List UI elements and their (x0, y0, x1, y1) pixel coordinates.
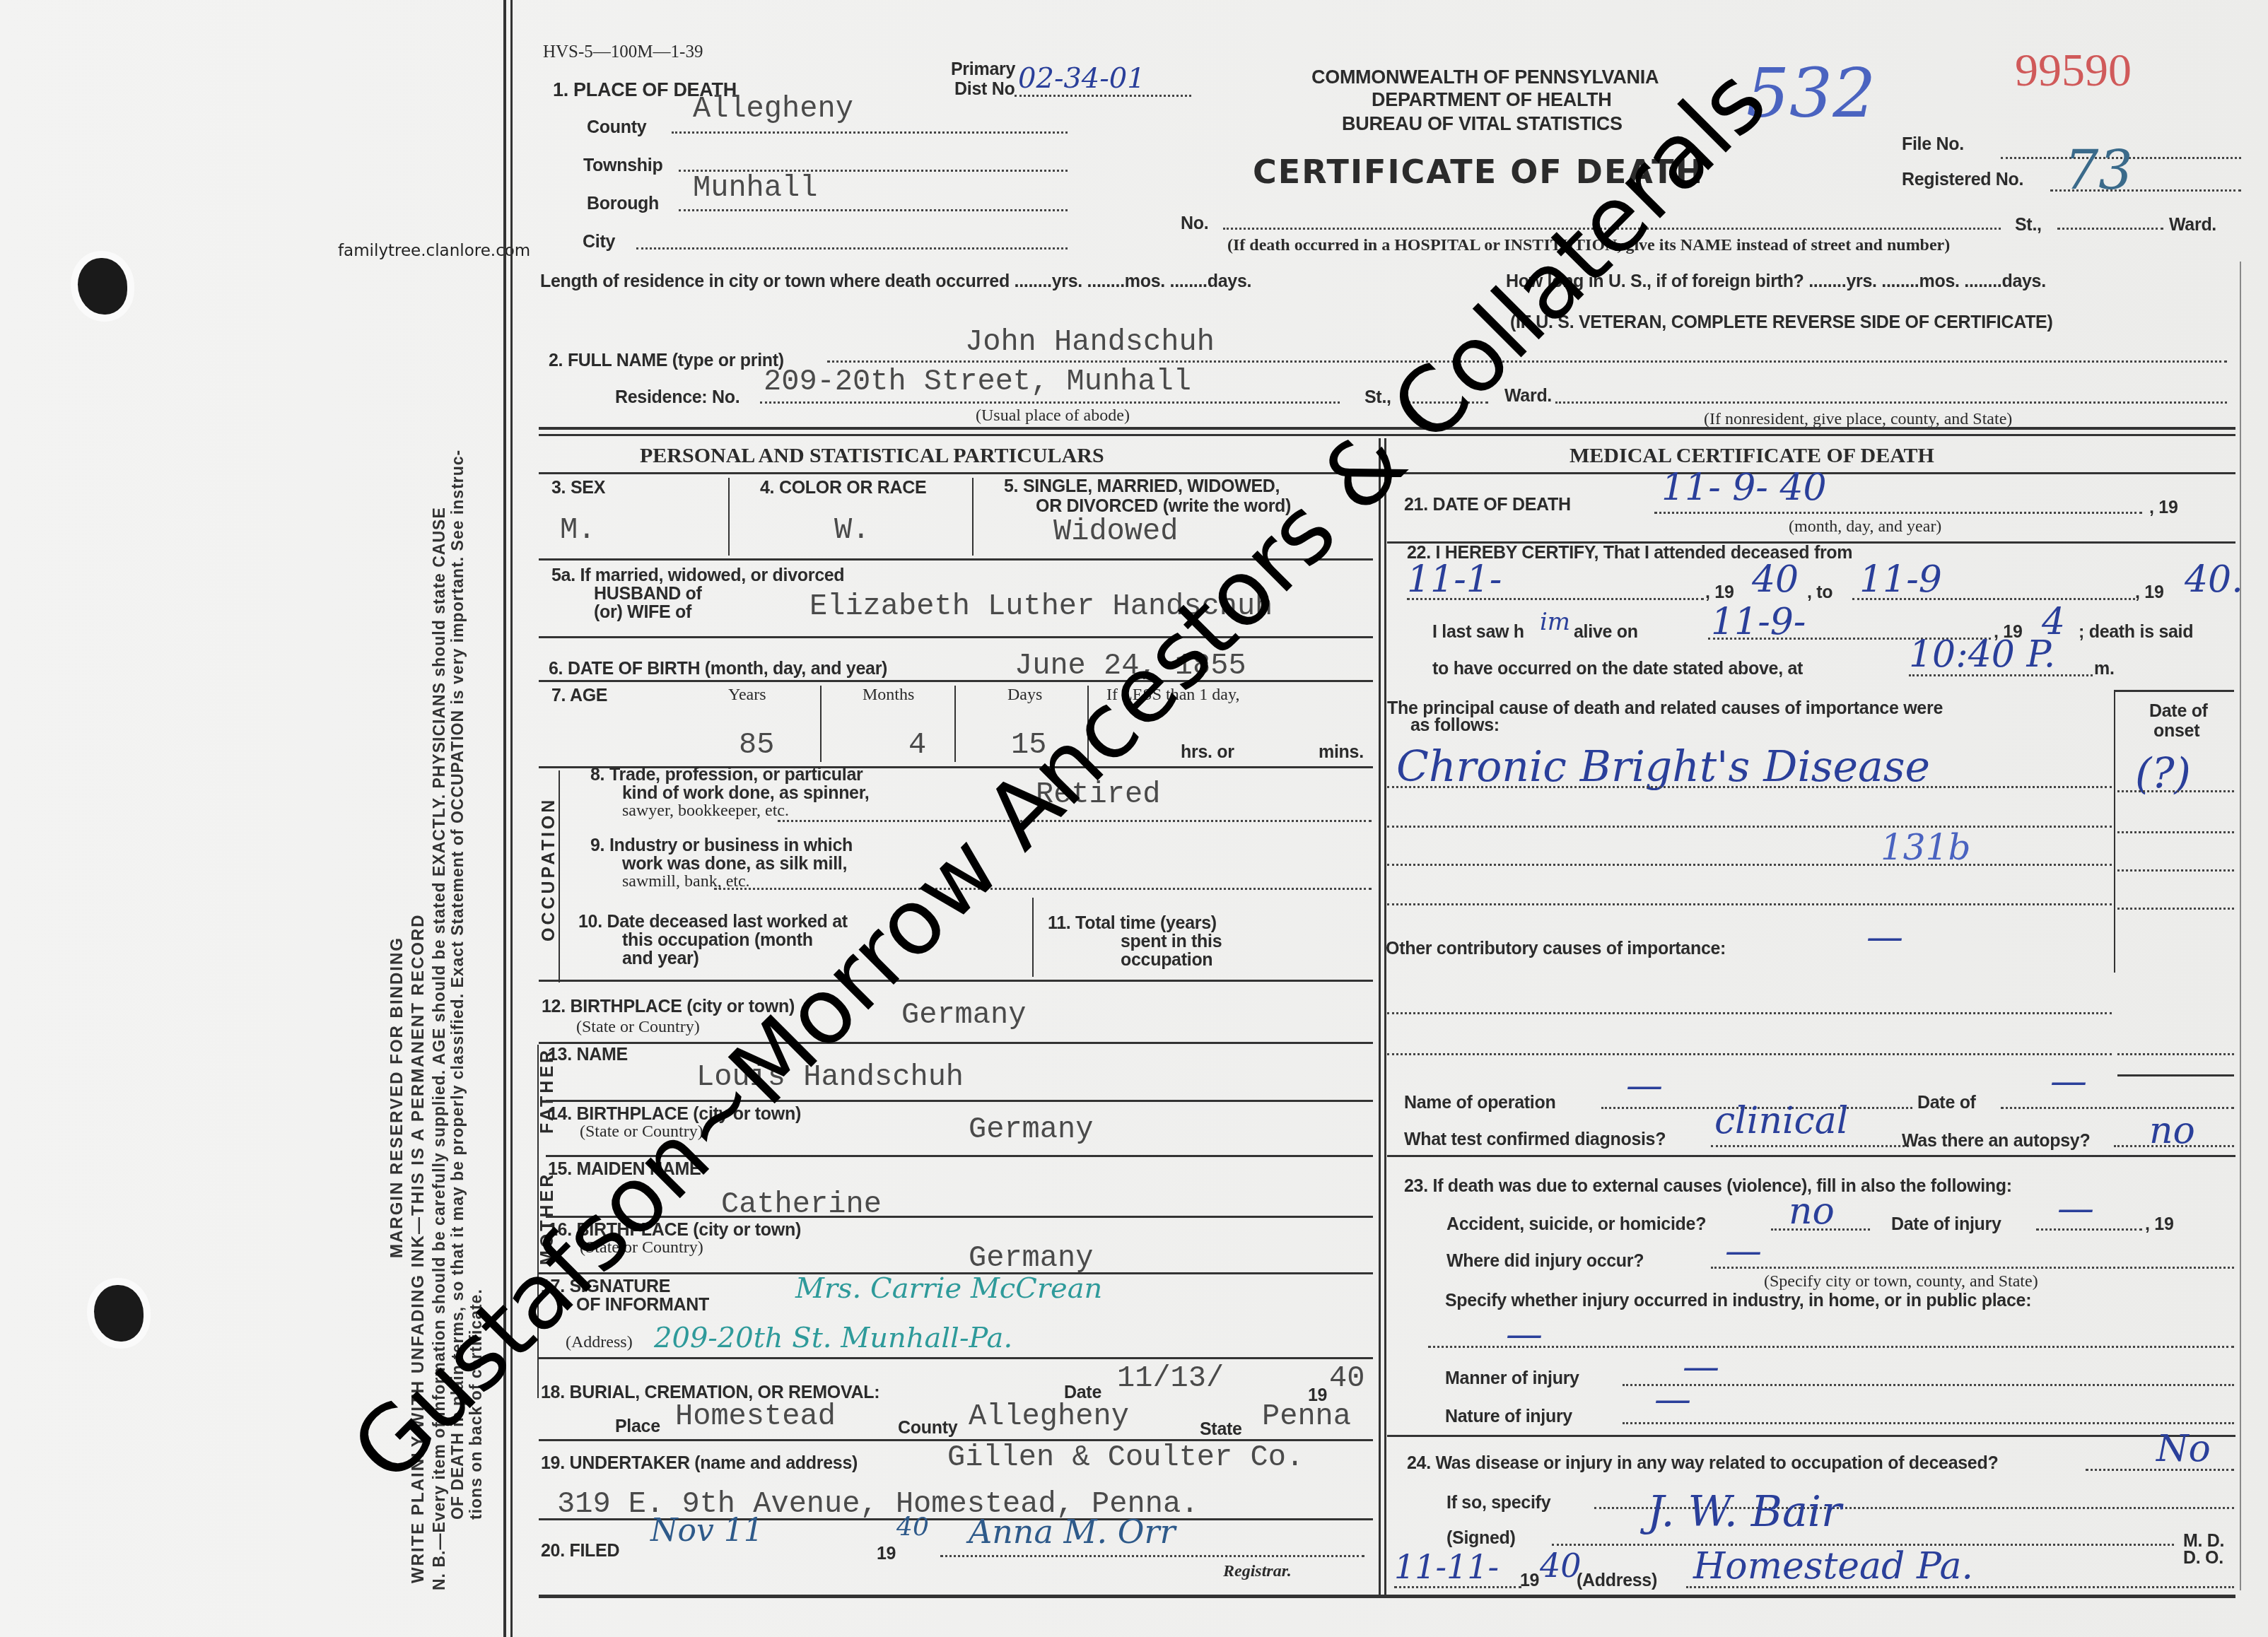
time-of-death: 10:40 P. (1909, 633, 2055, 676)
informant-address-label: (Address) (566, 1333, 633, 1352)
borough-value: Munhall (693, 171, 817, 205)
nonresident-note: (If nonresident, give place, county, and… (1704, 410, 2012, 429)
years-label: Years (728, 686, 766, 705)
time-line (1909, 674, 2093, 676)
county-label: County (587, 117, 646, 138)
signed-date-line (1394, 1586, 1521, 1588)
occupation-side-label: OCCUPATION (539, 797, 559, 941)
county-line (672, 131, 1068, 134)
if-so-label: If so, specify (1446, 1493, 1550, 1513)
specify-place-label: Specify whether injury occurred in indus… (1445, 1291, 2031, 1311)
row-rule (539, 472, 1373, 474)
autopsy-label: Was there an autopsy? (1902, 1131, 2090, 1151)
spouse-label-1: 5a. If married, widowed, or divorced (551, 565, 844, 586)
registrar-label: Registrar. (1223, 1562, 1292, 1581)
onset-line-2 (2117, 831, 2234, 833)
last-saw-label-2: alive on (1574, 622, 1638, 643)
injury-date-suffix: , 19 (2145, 1214, 2174, 1235)
father-birthplace-value: Germany (969, 1113, 1093, 1146)
spouse-label-2: HUSBAND of (594, 584, 702, 604)
mother-birthplace-value: Germany (969, 1241, 1093, 1275)
personal-heading: PERSONAL AND STATISTICAL PARTICULARS (640, 444, 1104, 468)
other-causes-line-1 (1387, 1012, 2112, 1014)
header-department: DEPARTMENT OF HEALTH (1372, 89, 1611, 111)
filed-date: Nov 11 (650, 1513, 764, 1549)
burial-place-label: Place (615, 1416, 660, 1437)
site-label: familytree.clanlore.com (338, 242, 530, 260)
physician-signature: J. W. Bair (1647, 1487, 1842, 1537)
dod-line (1654, 512, 2142, 514)
physician-address-line (1686, 1586, 2234, 1588)
do-label: D. O. (2183, 1548, 2223, 1568)
cause-line-4 (1387, 903, 2112, 905)
street-ward-label: Ward. (2169, 215, 2216, 235)
street-no-label: No. (1181, 213, 1208, 234)
industry-label-1: 9. Industry or business in which (590, 835, 853, 856)
trade-label-1: 8. Trade, profession, or particular (590, 765, 863, 785)
header-commonwealth: COMMONWEALTH OF PENNSYLVANIA (1311, 66, 1659, 88)
registrar-line (940, 1555, 1364, 1557)
burial-date-value: 11/13/ (1117, 1361, 1224, 1395)
accident-line (1771, 1228, 1870, 1231)
race-label: 4. COLOR OR RACE (760, 478, 927, 498)
file-no-label: File No. (1902, 134, 1964, 155)
onset-line-1 (2117, 790, 2234, 792)
nature-label: Nature of injury (1445, 1407, 1572, 1427)
onset-line-5 (2117, 1053, 2234, 1055)
full-name-value: John Handschuh (965, 325, 1215, 359)
cause-line-2 (1387, 826, 2112, 828)
from-year-prefix: , 19 (1705, 582, 1734, 603)
injury-date-line (2036, 1228, 2142, 1231)
residence-ward-line (1555, 401, 2227, 404)
injury-date-label: Date of injury (1891, 1214, 2001, 1235)
row-rule (539, 680, 1373, 682)
accident-label: Accident, suicide, or homicide? (1446, 1214, 1706, 1235)
hrs-label: hrs. or (1181, 742, 1234, 763)
col-rule (1032, 898, 1034, 977)
death-said-label: ; death is said (2079, 622, 2193, 643)
right-border (2240, 262, 2241, 1590)
industry-label-2: work was done, as silk mill, (622, 854, 847, 874)
row-rule (539, 980, 1373, 982)
where-value: — (1725, 1230, 1762, 1272)
cause-of-death: Chronic Bright's Disease (1396, 742, 1930, 792)
street-ward-line (2057, 228, 2163, 230)
time-suffix: m. (2094, 659, 2115, 679)
days-label: Days (1007, 686, 1042, 705)
birthplace-label-2: (State or Country) (576, 1018, 700, 1037)
attended-to-line (1852, 598, 2135, 600)
dob-label: 6. DATE OF BIRTH (month, day, and year) (549, 659, 887, 679)
father-name-label: 13. NAME (548, 1045, 628, 1065)
age-label: 7. AGE (551, 686, 607, 706)
other-causes-line-2 (1387, 1053, 2112, 1055)
other-causes-label: Other contributory causes of importance: (1386, 939, 1726, 959)
last-worked-label-1: 10. Date deceased last worked at (578, 912, 848, 932)
where-line (1711, 1267, 2234, 1269)
manner-line (1623, 1384, 2234, 1386)
full-name-label: 2. FULL NAME (type or print) (549, 351, 784, 371)
last-worked-label-2: this occupation (month (622, 930, 813, 951)
months-label: Months (863, 686, 914, 705)
attended-from: 11-1- (1407, 558, 1502, 601)
cause-line-3 (1387, 864, 2112, 866)
cause-label-2: as follows: (1410, 715, 1500, 736)
to-label: , to (1807, 582, 1832, 603)
cause-code: 131b (1881, 827, 1970, 868)
sex-label: 3. SEX (551, 478, 605, 498)
signed-label: (Signed) (1446, 1528, 1516, 1549)
accident-value: no (1789, 1190, 1835, 1233)
medical-heading: MEDICAL CERTIFICATE OF DEATH (1570, 444, 1934, 468)
burial-place-value: Homestead (675, 1400, 836, 1433)
occupation-related-label: 24. Was disease or injury in any way rel… (1407, 1453, 1998, 1474)
occupation-related-line (2086, 1469, 2234, 1471)
burial-year-value: 40 (1329, 1361, 1364, 1395)
form-code: HVS-5—100M—1-39 (543, 42, 703, 62)
row-rule (539, 1357, 1373, 1359)
where-note: (Specify city or town, county, and State… (1764, 1272, 2038, 1291)
attended-to: 11-9 (1859, 558, 1942, 601)
filed-year-prefix: 19 (877, 1544, 896, 1564)
col-rule (954, 686, 956, 762)
operation-date-label: Date of (1917, 1093, 1976, 1113)
marital-label-1: 5. SINGLE, MARRIED, WIDOWED, (1004, 476, 1280, 497)
col-rule (728, 478, 730, 556)
mins-label: mins. (1319, 742, 1364, 763)
specify-place-value: — (1506, 1313, 1543, 1356)
registered-no-label: Registered No. (1902, 170, 2023, 190)
residence-label: Residence: No. (615, 387, 740, 408)
nature-line (1623, 1422, 2234, 1424)
residence-value: 209-20th Street, Munhall (764, 365, 1191, 399)
onset-col-rule (2114, 690, 2115, 973)
dist-no-line (1015, 95, 1191, 97)
other-causes-value: — (1866, 916, 1903, 958)
external-causes-label: 23. If death was due to external causes … (1404, 1176, 2012, 1197)
birthplace-value: Germany (901, 998, 1026, 1032)
manner-label: Manner of injury (1445, 1368, 1579, 1389)
test-line (1711, 1145, 1909, 1147)
registered-no-value: 73 (2064, 139, 2133, 201)
onset-line-4 (2117, 908, 2234, 910)
burial-state-label: State (1200, 1419, 1242, 1440)
county-value: Allegheny (693, 92, 853, 126)
undertaker-label: 19. UNDERTAKER (name and address) (541, 1453, 858, 1474)
row-rule (1387, 1155, 2235, 1157)
industry-line (714, 888, 1372, 890)
race-value: W. (834, 513, 870, 547)
onset-line-3 (2117, 869, 2234, 872)
city-label: City (583, 232, 615, 252)
residence-length-label: Length of residence in city or town wher… (540, 271, 1251, 292)
trade-label-3: sawyer, bookkeeper, etc. (622, 802, 789, 821)
to-year: 40. (2185, 558, 2243, 601)
informant-signature: Mrs. Carrie McCrean (795, 1272, 1102, 1305)
trade-label-2: kind of work done, as spinner, (622, 783, 869, 804)
operation-label: Name of operation (1404, 1093, 1555, 1113)
registered-no-line (2050, 189, 2241, 192)
burial-state-value: Penna (1262, 1400, 1351, 1433)
occupation-related-value: No (2156, 1428, 2211, 1470)
injury-date-value: — (2057, 1187, 2094, 1230)
dod-note: (month, day, and year) (1789, 517, 1941, 536)
last-saw-pronoun: im (1540, 608, 1570, 636)
attended-from-line (1407, 598, 1704, 600)
sex-value: M. (560, 513, 595, 547)
signed-date: 11-11- (1394, 1548, 1499, 1586)
stamp-number: 99590 (2015, 44, 2132, 98)
abode-note: (Usual place of abode) (976, 406, 1130, 426)
last-saw-value: 11-9- (1711, 601, 1806, 643)
binding-hole-top (78, 258, 127, 315)
city-line (636, 247, 1068, 250)
physician-address: Homestead Pa. (1693, 1545, 1973, 1588)
to-year-prefix: , 19 (2135, 582, 2164, 603)
dist-no-value: 02-34-01 (1018, 62, 1145, 95)
borough-label: Borough (587, 194, 659, 214)
onset-top-rule (2114, 690, 2234, 692)
margin-binding-note: MARGIN RESERVED FOR BINDING (387, 937, 407, 1258)
total-time-label-3: occupation (1121, 950, 1212, 970)
onset-bottom-rule (2117, 1074, 2234, 1076)
row-rule (539, 1042, 1373, 1044)
autopsy-line (2114, 1145, 2234, 1147)
test-label: What test confirmed diagnosis? (1404, 1130, 1666, 1150)
street-st-label: St., (2015, 215, 2042, 235)
onset-label-1: Date of (2149, 701, 2208, 722)
total-time-label-2: spent in this (1121, 932, 1222, 952)
burial-county-label: County (898, 1418, 957, 1438)
marital-value: Widowed (1053, 515, 1178, 548)
operation-date-value: — (2050, 1060, 2087, 1103)
center-divider (1384, 438, 1386, 1597)
township-label: Township (583, 156, 662, 176)
undertaker-name: Gillen & Coulter Co. (947, 1441, 1304, 1474)
residence-line (760, 401, 1340, 404)
years-value: 85 (739, 728, 774, 762)
signed-year-prefix: 19 (1520, 1571, 1539, 1591)
filed-year: 40 (896, 1513, 929, 1542)
dist-no-label: Dist No (954, 79, 1015, 100)
header-bureau: BUREAU OF VITAL STATISTICS (1342, 113, 1623, 135)
operation-date-line (2001, 1107, 2234, 1109)
last-worked-label-3: and year) (622, 949, 698, 969)
spouse-label-3: (or) WIFE of (594, 602, 691, 623)
bottom-rule (539, 1595, 2235, 1598)
onset-label-2: onset (2153, 721, 2199, 741)
months-value: 4 (908, 728, 926, 762)
test-value: clinical (1714, 1100, 1848, 1142)
binding-hole-bottom (94, 1285, 144, 1342)
dod-label: 21. DATE OF DEATH (1404, 495, 1571, 515)
burial-county-value: Allegheny (969, 1400, 1129, 1433)
registrar-signature: Anna M. Orr (969, 1513, 1176, 1551)
last-saw-label: I last saw h (1432, 622, 1524, 643)
nature-value: — (1654, 1378, 1691, 1421)
from-year: 40 (1752, 558, 1799, 601)
row-rule (1387, 1435, 2235, 1437)
primary-label: Primary (951, 59, 1015, 80)
occurred-label: to have occurred on the date stated abov… (1432, 659, 1803, 679)
specify-place-line (1428, 1346, 2234, 1348)
borough-line (679, 209, 1068, 211)
col-rule (972, 478, 974, 556)
where-label: Where did injury occur? (1446, 1251, 1644, 1272)
total-time-label-1: 11. Total time (years) (1048, 913, 1217, 934)
cause-line-1 (1387, 786, 2112, 788)
center-divider (1379, 438, 1381, 1597)
operation-value: — (1626, 1064, 1663, 1107)
dod-value: 11- 9- 40 (1661, 467, 1827, 509)
dod-suffix: , 19 (2149, 498, 2178, 518)
filed-label: 20. FILED (541, 1541, 619, 1561)
signed-year: 40 (1540, 1547, 1582, 1585)
informant-address: 209-20th St. Munhall-Pa. (654, 1322, 1012, 1354)
col-rule (820, 686, 822, 762)
physician-address-label: (Address) (1577, 1571, 1657, 1591)
